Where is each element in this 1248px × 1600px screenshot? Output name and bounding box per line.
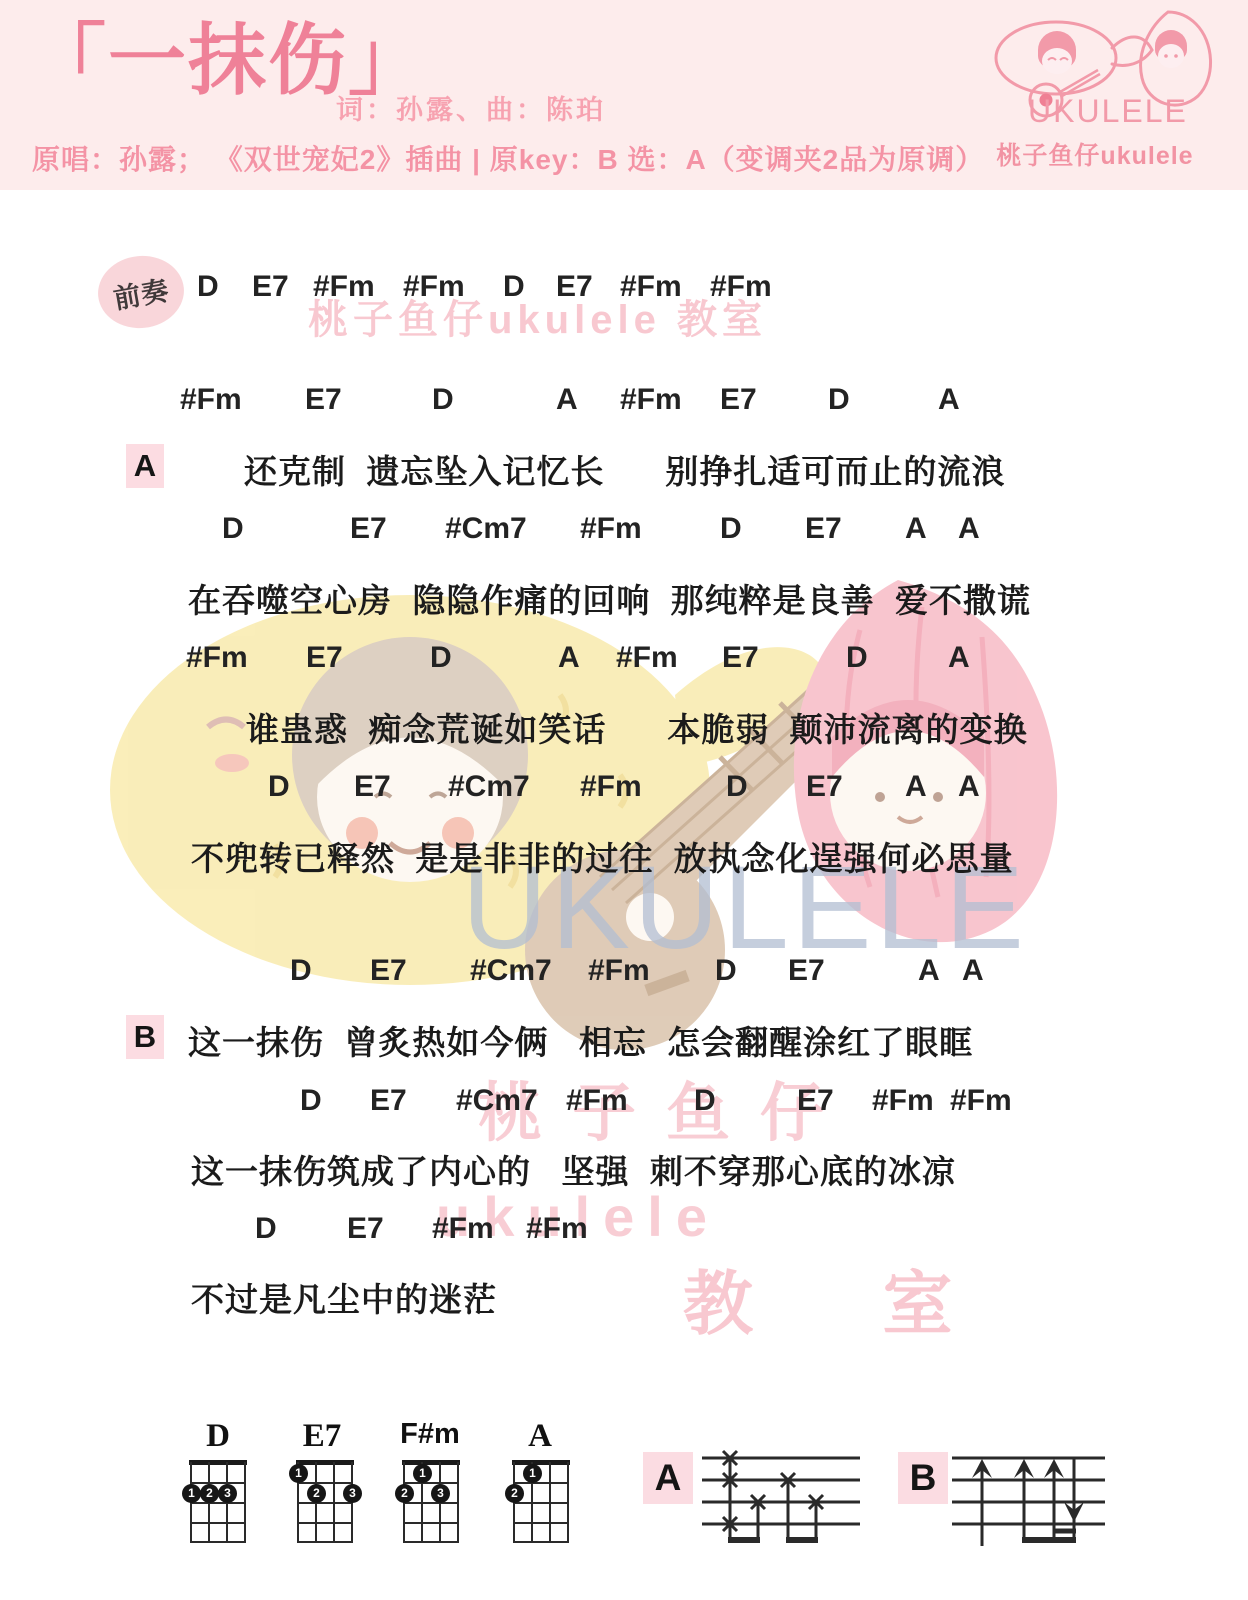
- chord: #Fm: [313, 270, 375, 304]
- chord: D: [828, 383, 850, 417]
- chord: D: [432, 383, 454, 417]
- chord: A: [938, 383, 960, 417]
- chord-line: #Fm E7 D A #Fm E7 D A: [0, 383, 1248, 423]
- finger-dot: 2: [307, 1484, 326, 1503]
- chord: A: [958, 512, 980, 546]
- chord: E7: [797, 1084, 834, 1118]
- finger-dot: 3: [218, 1484, 237, 1503]
- chord: D: [720, 512, 742, 546]
- lyric-line: 在吞噬空心房 隐隐作痛的回响 那纯粹是良善 爱不撒谎: [188, 575, 1031, 622]
- chord: E7: [305, 383, 342, 417]
- lyric-line: 这一抹伤筑成了内心的 坚强 刺不穿那心底的冰凉: [191, 1146, 956, 1193]
- chord: #Fm: [526, 1212, 588, 1246]
- lyric-line: 不过是凡尘中的迷茫: [191, 1274, 497, 1321]
- chord: #Fm: [403, 270, 465, 304]
- chord: #Fm: [950, 1084, 1012, 1118]
- chord: A: [962, 954, 984, 988]
- chord: #Fm: [872, 1084, 934, 1118]
- chord-sheet-page: 「一抹伤」 词：孙露、曲：陈珀 原唱：孙露； 《双世宠妃2》插曲 | 原key：…: [0, 0, 1248, 1600]
- finger-dot: 2: [395, 1484, 414, 1503]
- lyric-line: 谁蛊惑 痴念荒诞如笑话 本脆弱 颠沛流离的变换: [246, 704, 1028, 751]
- strum-pattern-b-label: B: [898, 1452, 948, 1504]
- chord: D: [694, 1084, 716, 1118]
- chord: E7: [722, 641, 759, 675]
- header: 「一抹伤」 词：孙露、曲：陈珀 原唱：孙露； 《双世宠妃2》插曲 | 原key：…: [0, 0, 1248, 190]
- chord: E7: [556, 270, 593, 304]
- strum-pattern-a-label: A: [643, 1452, 693, 1504]
- chord: D: [715, 954, 737, 988]
- chord: E7: [805, 512, 842, 546]
- chord: D: [430, 641, 452, 675]
- finger-dot: 2: [505, 1484, 524, 1503]
- chord: D: [846, 641, 868, 675]
- chord: A: [558, 641, 580, 675]
- chord-line: D E7 #Cm7 #Fm D E7 A A: [0, 954, 1248, 994]
- chord: E7: [252, 270, 289, 304]
- strum-pattern-b-notation: [950, 1446, 1110, 1558]
- chord: #Fm: [432, 1212, 494, 1246]
- fretboard-grid-d: [189, 1458, 248, 1544]
- lyric-line: 这一抹伤 曾炙热如今俩 相忘 怎会翻醒涂红了眼眶: [188, 1017, 973, 1064]
- chord: E7: [350, 512, 387, 546]
- chord: D: [197, 270, 219, 304]
- finger-dot: 2: [200, 1484, 219, 1503]
- chord: #Fm: [566, 1084, 628, 1118]
- chord: #Fm: [580, 512, 642, 546]
- chord: D: [290, 954, 312, 988]
- chord-line: D E7 #Cm7 #Fm D E7 A A: [0, 512, 1248, 552]
- intro-chord-line: D E7 #Fm #Fm D E7 #Fm #Fm: [0, 270, 1248, 310]
- chord: #Fm: [580, 770, 642, 804]
- chord-diagram-name: F#m: [388, 1418, 472, 1451]
- chord: A: [905, 512, 927, 546]
- chord: #Fm: [186, 641, 248, 675]
- chord-diagram-name: A: [498, 1418, 582, 1455]
- brand-name: 桃子鱼仔ukulele: [975, 136, 1215, 172]
- finger-dot: 1: [182, 1484, 201, 1503]
- lyric-line: 还克制 遗忘坠入记忆长 别挣扎适可而止的流浪: [244, 446, 1005, 493]
- section-label-b: B: [126, 1015, 164, 1059]
- chord: #Fm: [180, 383, 242, 417]
- chord: #Fm: [616, 641, 678, 675]
- chord: D: [300, 1084, 322, 1118]
- lyric-line: 不兜转已释然 是是非非的过往 放执念化逞强何必思量: [191, 833, 1014, 880]
- chord: A: [918, 954, 940, 988]
- chord: E7: [788, 954, 825, 988]
- chord-line: #Fm E7 D A #Fm E7 D A: [0, 641, 1248, 681]
- chord: D: [255, 1212, 277, 1246]
- chord: #Fm: [620, 383, 682, 417]
- chord: E7: [354, 770, 391, 804]
- finger-dot: 1: [289, 1464, 308, 1483]
- brand-logo-icon: UKULELE: [982, 6, 1222, 136]
- section-label-a: A: [126, 444, 164, 488]
- chord: E7: [370, 954, 407, 988]
- chord: A: [948, 641, 970, 675]
- watermark-classroom: 教 室: [683, 1248, 1007, 1349]
- chord: #Cm7: [456, 1084, 538, 1118]
- finger-dot: 3: [431, 1484, 450, 1503]
- song-credits: 词：孙露、曲：陈珀: [336, 88, 606, 127]
- finger-dot: 3: [343, 1484, 362, 1503]
- strum-pattern-a-notation: [700, 1446, 865, 1554]
- logo-text: UKULELE: [1028, 93, 1188, 129]
- chord: #Cm7: [448, 770, 530, 804]
- chord: D: [503, 270, 525, 304]
- chord-diagram-name: D: [176, 1418, 260, 1455]
- chord: #Fm: [620, 270, 682, 304]
- chord: #Cm7: [470, 954, 552, 988]
- chord-line: D E7 #Fm #Fm: [0, 1212, 1248, 1252]
- chord: E7: [347, 1212, 384, 1246]
- chord: D: [268, 770, 290, 804]
- finger-dot: 1: [523, 1464, 542, 1483]
- finger-dot: 1: [413, 1464, 432, 1483]
- chord: #Cm7: [445, 512, 527, 546]
- chord: E7: [720, 383, 757, 417]
- chord: D: [222, 512, 244, 546]
- chord: A: [556, 383, 578, 417]
- chord-line: D E7 #Cm7 #Fm D E7 A A: [0, 770, 1248, 810]
- chord: E7: [370, 1084, 407, 1118]
- chord: D: [726, 770, 748, 804]
- chord: #Fm: [710, 270, 772, 304]
- song-meta: 原唱：孙露； 《双世宠妃2》插曲 | 原key：B 选：A（变调夹2品为原调）: [32, 138, 984, 178]
- chord: A: [905, 770, 927, 804]
- chord-diagram-name: E7: [280, 1418, 364, 1455]
- chord: A: [958, 770, 980, 804]
- chord: #Fm: [588, 954, 650, 988]
- chord-line: D E7 #Cm7 #Fm D E7 #Fm #Fm: [0, 1084, 1248, 1124]
- chord: E7: [306, 641, 343, 675]
- chord: E7: [806, 770, 843, 804]
